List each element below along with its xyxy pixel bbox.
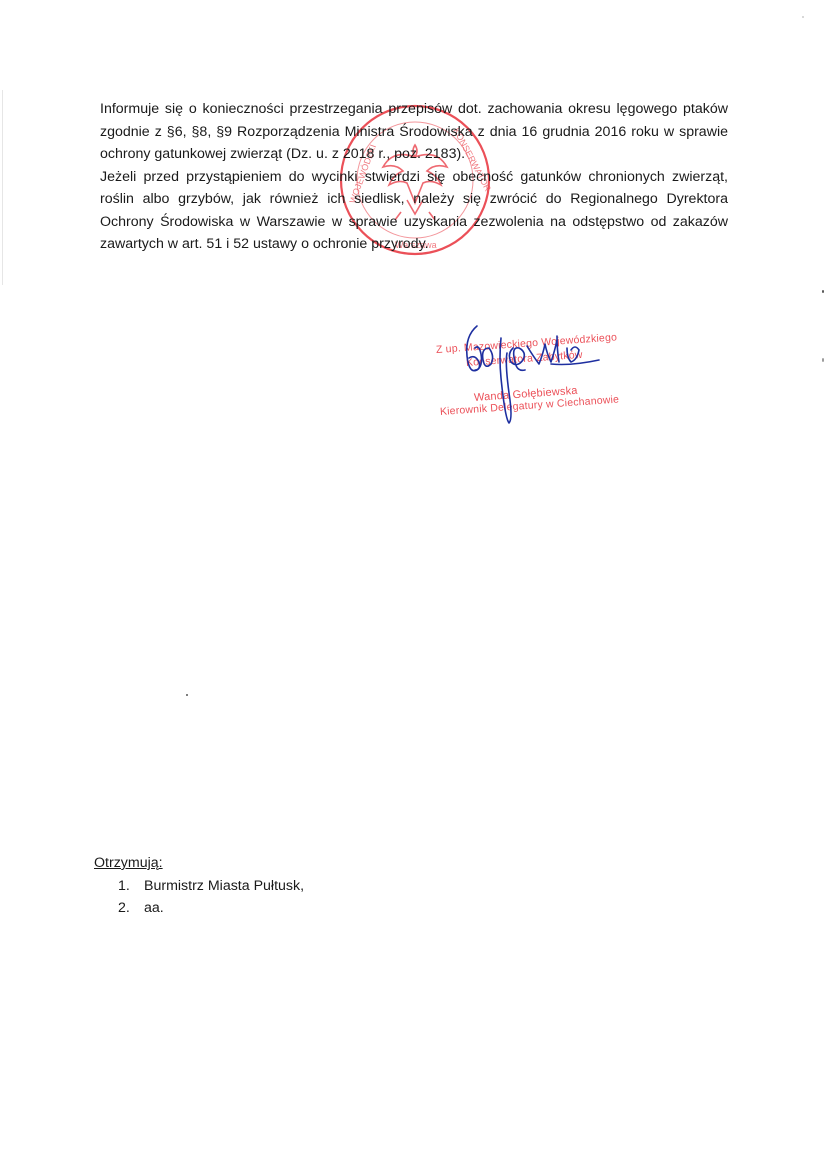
recipient-number: 2. (118, 897, 144, 919)
scan-speck (802, 16, 804, 18)
recipient-item: 1. Burmistrz Miasta Pułtusk, (94, 875, 304, 897)
recipient-item: 2. aa. (94, 897, 304, 919)
document-body: Informuje się o konieczności przestrzega… (100, 98, 728, 256)
recipient-name: aa. (144, 897, 164, 919)
recipient-name: Burmistrz Miasta Pułtusk, (144, 875, 304, 897)
recipients-section: Otrzymują: 1. Burmistrz Miasta Pułtusk, … (94, 852, 304, 919)
paragraph-breeding-season: Informuje się o konieczności przestrzega… (100, 98, 728, 166)
recipients-list: 1. Burmistrz Miasta Pułtusk, 2. aa. (94, 875, 304, 919)
scan-speck (822, 290, 824, 293)
paragraph-protected-species: Jeżeli przed przystąpieniem do wycinki s… (100, 166, 728, 256)
recipient-number: 1. (118, 875, 144, 897)
recipients-heading: Otrzymują: (94, 852, 304, 874)
scan-edge-line (2, 90, 3, 285)
scan-speck (186, 694, 188, 696)
handwritten-signature-icon (455, 318, 615, 428)
scan-speck (822, 358, 824, 362)
